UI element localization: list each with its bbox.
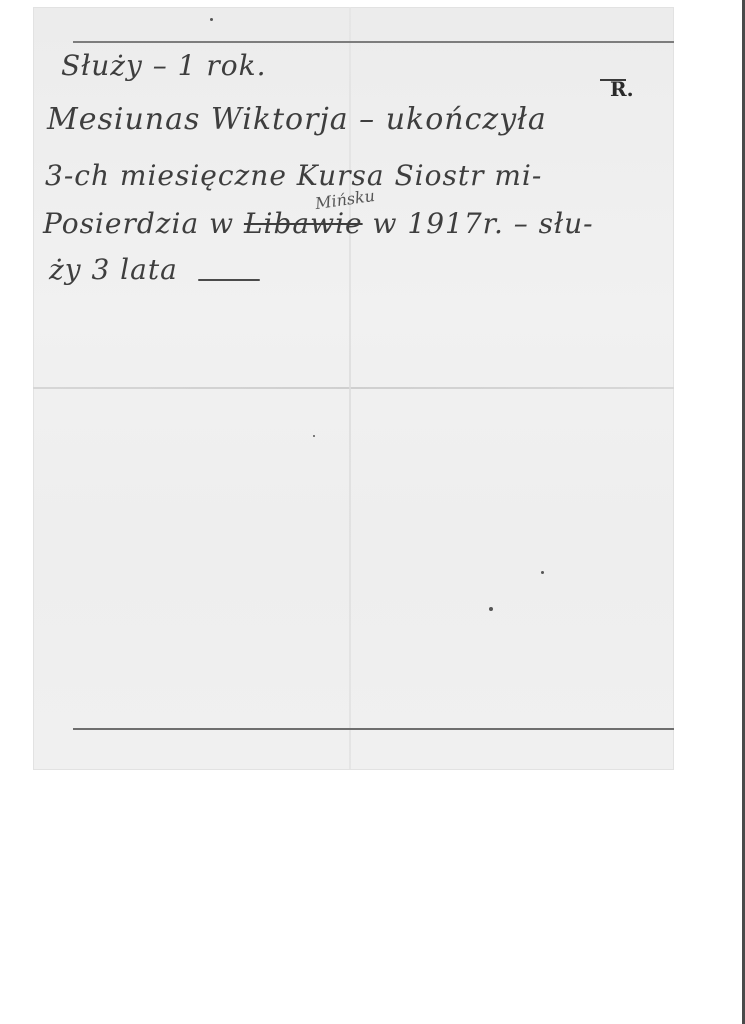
document-sheet: R. Służy – 1 rok. Mesiunas Wiktorja – uk… <box>33 7 674 770</box>
ink-speck <box>210 18 213 21</box>
bottom-ruled-line <box>73 728 674 730</box>
ink-speck <box>489 607 493 611</box>
handwritten-line-4: Posierdzia w Libawie w 1917r. – słu- <box>43 207 594 240</box>
margin-mark: R. <box>610 77 634 101</box>
handwritten-line-2: Mesiunas Wiktorja – ukończyła <box>47 102 547 137</box>
line-4-after: w 1917r. – słu- <box>363 207 594 240</box>
struck-out-word: Libawie <box>244 207 363 240</box>
horizontal-fold-crease <box>33 387 674 389</box>
ink-speck <box>313 435 315 437</box>
top-ruled-line <box>73 41 674 43</box>
handwritten-line-1: Służy – 1 rok. <box>61 49 267 82</box>
handwritten-line-5: ży 3 lata <box>49 253 178 286</box>
ink-speck <box>541 571 544 574</box>
handwritten-line-3: 3-ch miesięczne Kursa Siostr mi- <box>45 159 542 192</box>
underline-flourish <box>198 279 260 281</box>
line-4-before: Posierdzia w <box>43 207 244 240</box>
